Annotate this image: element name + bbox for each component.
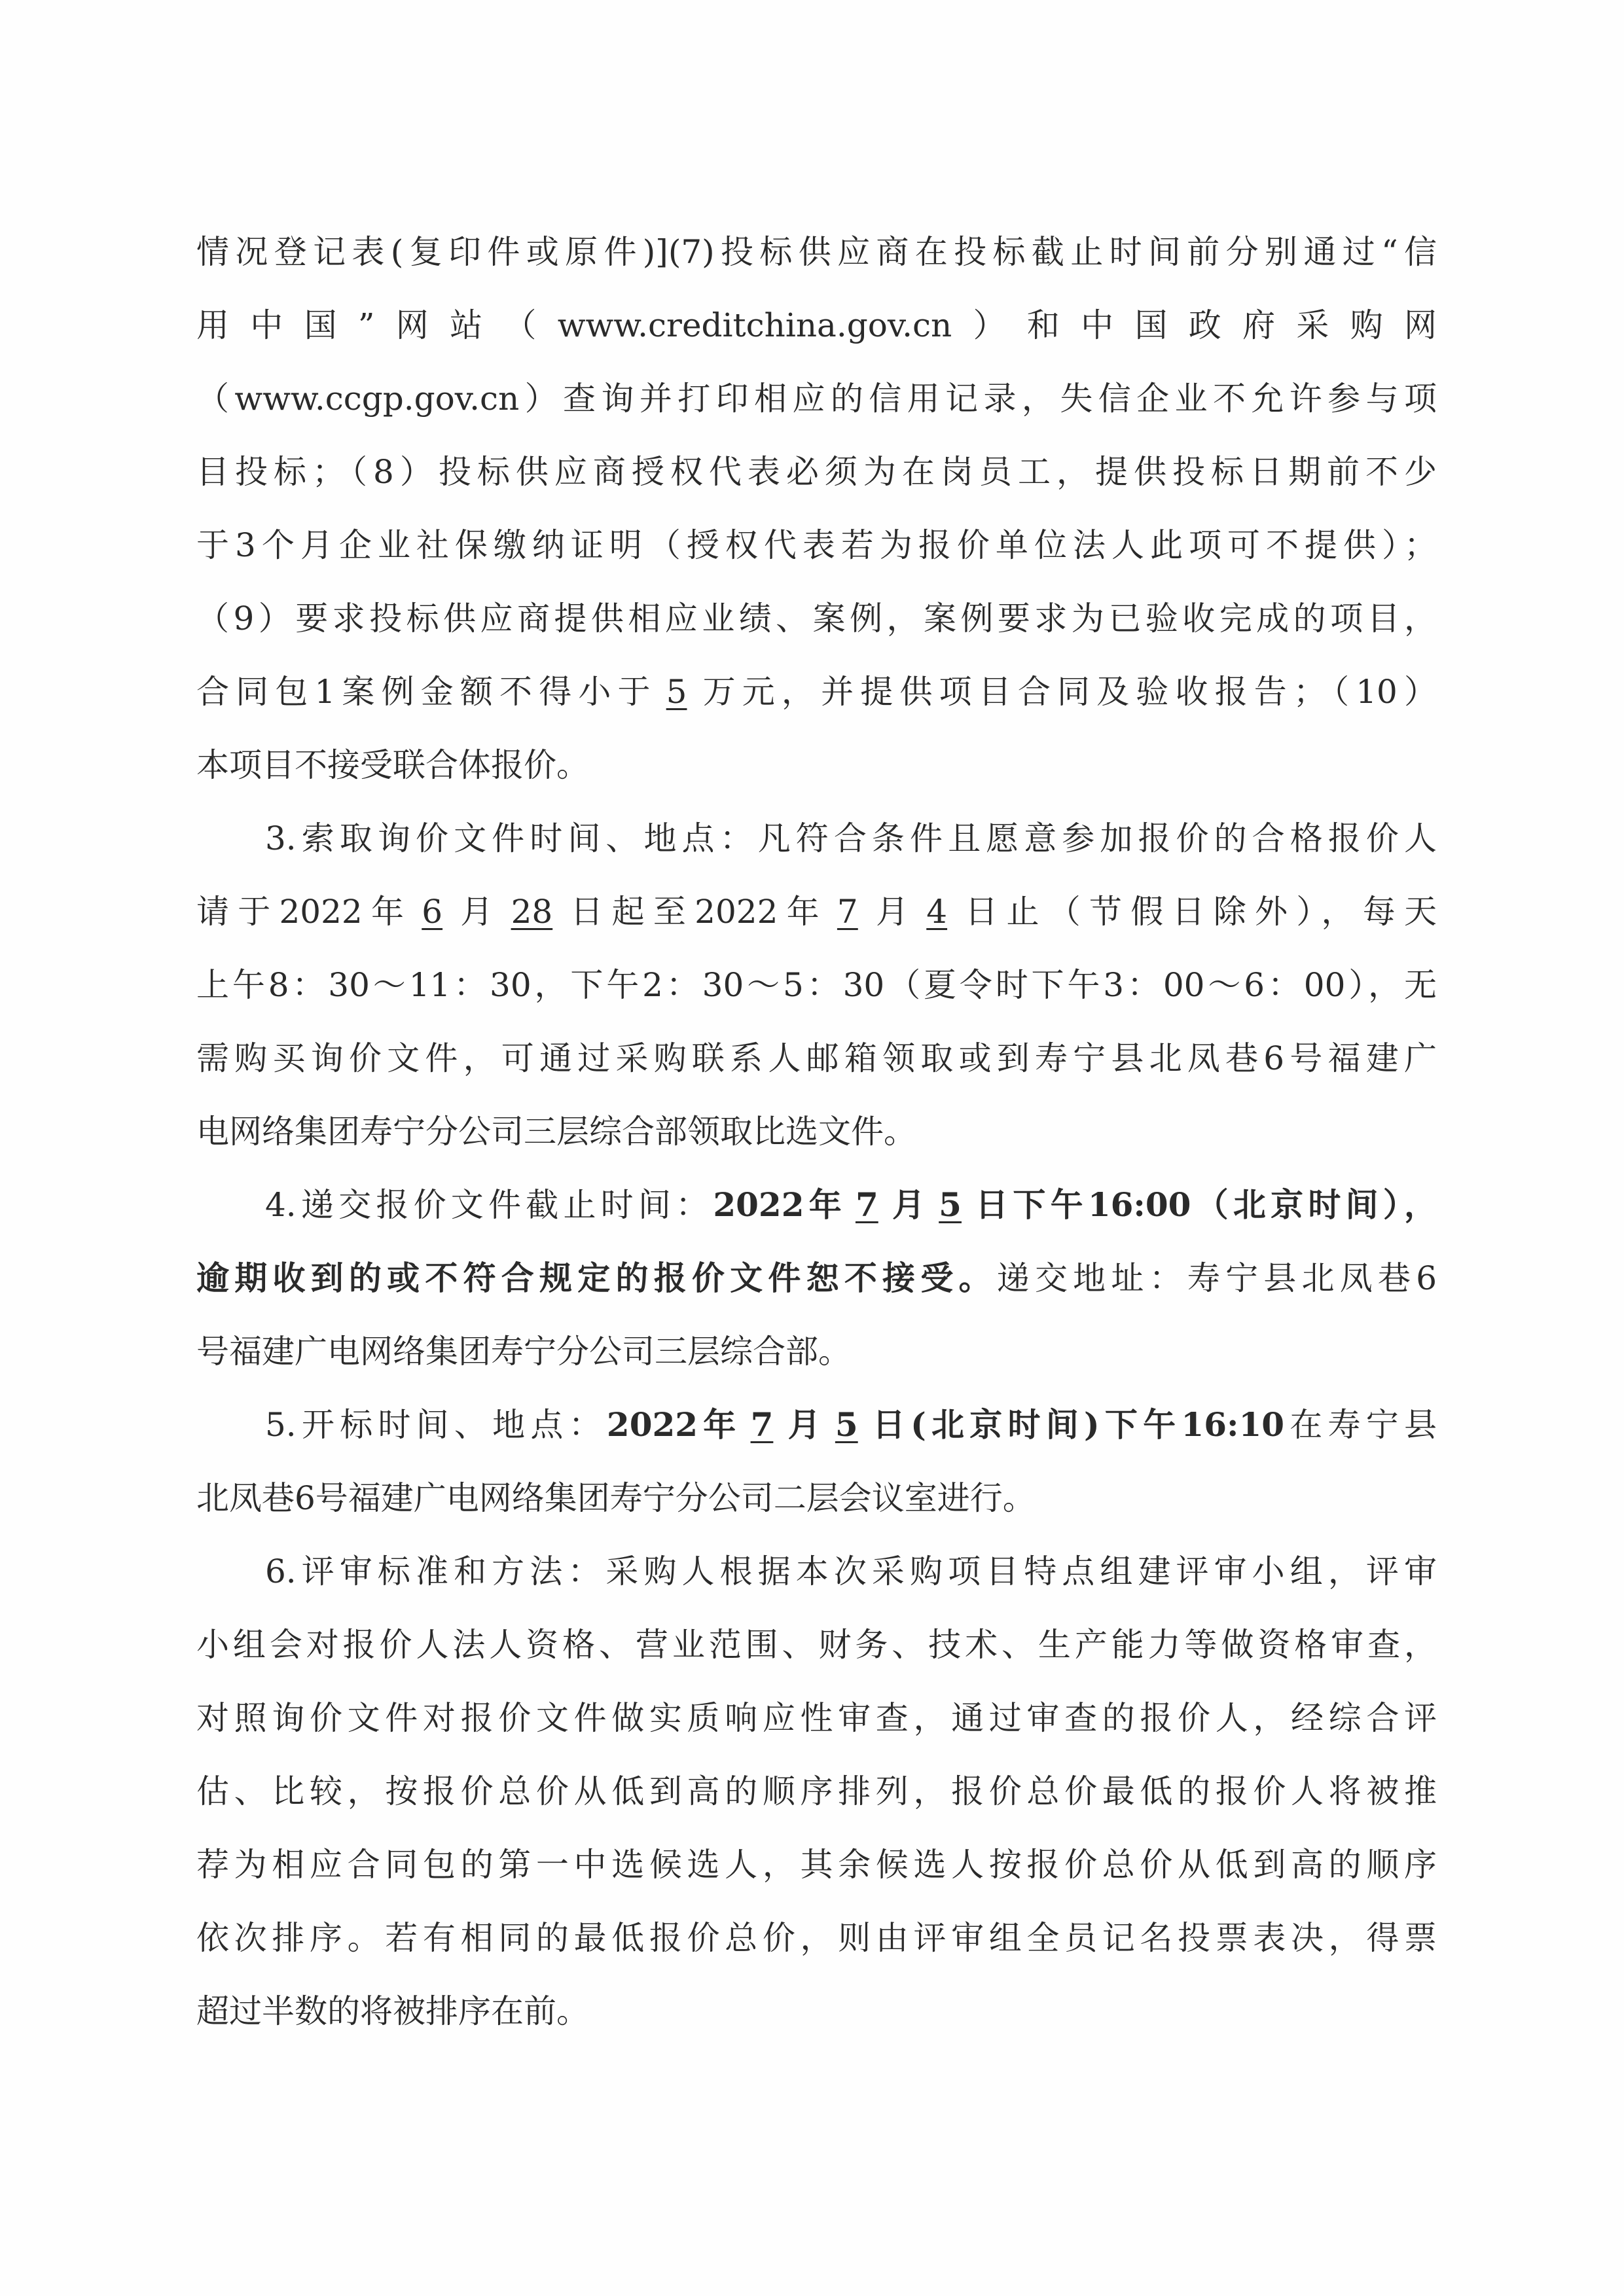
text-line: 需购买询价文件，可通过采购联系人邮箱领取或到寿宁县北凤巷6号福建广 — [196, 1032, 1437, 1085]
text-segment: 日起至2022年 — [562, 893, 828, 931]
bold-text: 月 — [888, 1185, 929, 1224]
text-segment: 上午8：30～11：30，下午2：30～5：30（夏令时下午3：00～6：00）… — [196, 966, 1437, 1004]
text-segment: 对照询价文件对报价文件做实质响应性审查，通过审查的报价人，经综合评 — [196, 1699, 1437, 1737]
text-segment: 递交地址：寿宁县北凤巷6 — [997, 1259, 1437, 1297]
bold-text: 2022年 — [607, 1405, 742, 1444]
bold-text: 2022年 — [713, 1185, 846, 1224]
text-segment: 4.递交报价文件截止时间： — [265, 1186, 713, 1224]
text-segment: 合同包1案例金额不得小于 — [196, 673, 657, 711]
text-segment: 依次排序。若有相同的最低报价总价，则由评审组全员记名投票表决，得票 — [196, 1919, 1437, 1957]
text-line: 目投标；（8）投标供应商授权代表必须为在岗员工，提供投标日期前不少 — [196, 446, 1437, 498]
filled-blank-value: 7 — [742, 1405, 783, 1444]
text-segment: 6.评审标准和方法：采购人根据本次采购项目特点组建评审小组，评审 — [265, 1552, 1437, 1590]
text-segment: （9）要求投标供应商提供相应业绩、案例，案例要求为已验收完成的项目， — [196, 600, 1437, 637]
text-line: 对照询价文件对报价文件做实质响应性审查，通过审查的报价人，经综合评 — [196, 1692, 1437, 1744]
text-line: （9）要求投标供应商提供相应业绩、案例，案例要求为已验收完成的项目， — [196, 592, 1437, 645]
text-segment: 日止（节假日除外），每天 — [956, 893, 1437, 931]
section-5-heading-line: 5.开标时间、地点：2022年7月5日(北京时间)下午16:10在寿宁县 — [265, 1399, 1437, 1451]
text-line: 于3个月企业社保缴纳证明（授权代表若为报价单位法人此项可不提供）； — [196, 519, 1437, 571]
text-line: 用中国”网站（www.creditchina.gov.cn）和中国政府采购网 — [196, 299, 1437, 351]
text-segment: 估、比较，按报价总价从低到高的顺序排列，报价总价最低的报价人将被推 — [196, 1772, 1437, 1810]
text-segment: 需购买询价文件，可通过采购联系人邮箱领取或到寿宁县北凤巷6号福建广 — [196, 1039, 1437, 1077]
text-segment: 荐为相应合同包的第一中选候选人，其余候选人按报价总价从低到高的顺序 — [196, 1846, 1437, 1884]
filled-blank-value: 5 — [657, 673, 696, 711]
filled-blank-value: 28 — [502, 893, 562, 931]
text-line: 超过半数的将被排序在前。 — [196, 1985, 1437, 2037]
text-segment: 万元，并提供项目合同及验收报告；（10） — [696, 673, 1437, 711]
filled-blank-value: 5 — [826, 1405, 867, 1444]
text-segment: 于3个月企业社保缴纳证明（授权代表若为报价单位法人此项可不提供）； — [196, 526, 1437, 564]
text-line: 北凤巷6号福建广电网络集团寿宁分公司二层会议室进行。 — [196, 1472, 1437, 1524]
section-6-heading-line: 6.评审标准和方法：采购人根据本次采购项目特点组建评审小组，评审 — [265, 1545, 1437, 1598]
text-line: 逾期收到的或不符合规定的报价文件恕不接受。递交地址：寿宁县北凤巷6 — [196, 1252, 1437, 1304]
text-segment: 月 — [452, 893, 502, 931]
text-line: （www.ccgp.gov.cn）查询并打印相应的信用记录，失信企业不允许参与项 — [196, 372, 1437, 425]
text-line: 情况登记表(复印件或原件)](7)投标供应商在投标截止时间前分别通过“信 — [196, 226, 1437, 278]
text-segment: 小组会对报价人法人资格、营业范围、财务、技术、生产能力等做资格审查， — [196, 1626, 1437, 1664]
text-line: 荐为相应合同包的第一中选候选人，其余候选人按报价总价从低到高的顺序 — [196, 1839, 1437, 1891]
section-4-heading-line: 4.递交报价文件截止时间：2022年7月5日下午16:00（北京时间）， — [265, 1179, 1437, 1231]
filled-blank-value: 4 — [917, 893, 956, 931]
text-segment: 本项目不接受联合体报价。 — [196, 746, 589, 784]
filled-blank-value: 6 — [412, 893, 452, 931]
text-line: 估、比较，按报价总价从低到高的顺序排列，报价总价最低的报价人将被推 — [196, 1765, 1437, 1818]
filled-blank-value: 5 — [929, 1185, 971, 1224]
text-line: 依次排序。若有相同的最低报价总价，则由评审组全员记名投票表决，得票 — [196, 1912, 1437, 1964]
text-segment: 情况登记表(复印件或原件)](7)投标供应商在投标截止时间前分别通过“信 — [196, 233, 1437, 271]
text-segment: 月 — [867, 893, 918, 931]
text-line: 号福建广电网络集团寿宁分公司三层综合部。 — [196, 1325, 1437, 1378]
text-segment: 目投标；（8）投标供应商授权代表必须为在岗员工，提供投标日期前不少 — [196, 453, 1437, 491]
text-segment: 北凤巷6号福建广电网络集团寿宁分公司二层会议室进行。 — [196, 1479, 1036, 1517]
bold-text: 月 — [782, 1405, 826, 1444]
text-line: 上午8：30～11：30，下午2：30～5：30（夏令时下午3：00～6：00）… — [196, 959, 1437, 1011]
bold-text: 日下午16:00（北京时间）， — [971, 1185, 1437, 1224]
text-segment: 号福建广电网络集团寿宁分公司三层综合部。 — [196, 1333, 851, 1371]
text-line: 电网络集团寿宁分公司三层综合部领取比选文件。 — [196, 1105, 1437, 1158]
text-segment: 3.索取询价文件时间、地点：凡符合条件且愿意参加报价的合格报价人 — [265, 819, 1437, 857]
text-line: 小组会对报价人法人资格、营业范围、财务、技术、生产能力等做资格审查， — [196, 1619, 1437, 1671]
text-segment: （www.ccgp.gov.cn）查询并打印相应的信用记录，失信企业不允许参与项 — [196, 380, 1437, 418]
text-segment: 5.开标时间、地点： — [265, 1406, 607, 1444]
text-segment: 在寿宁县 — [1284, 1406, 1437, 1444]
text-line: 本项目不接受联合体报价。 — [196, 739, 1437, 791]
text-segment: 电网络集团寿宁分公司三层综合部领取比选文件。 — [196, 1113, 916, 1151]
text-segment: 请于2022年 — [196, 893, 412, 931]
filled-blank-value: 7 — [828, 893, 867, 931]
section-3-heading-line: 3.索取询价文件时间、地点：凡符合条件且愿意参加报价的合格报价人 — [265, 812, 1437, 865]
bold-text: 日(北京时间)下午16:10 — [867, 1405, 1284, 1444]
bold-text: 逾期收到的或不符合规定的报价文件恕不接受。 — [196, 1259, 997, 1297]
text-segment: 超过半数的将被排序在前。 — [196, 1992, 589, 2030]
text-line: 合同包1案例金额不得小于5万元，并提供项目合同及验收报告；（10） — [196, 666, 1437, 718]
text-segment: 用中国”网站（www.creditchina.gov.cn）和中国政府采购网 — [196, 306, 1437, 344]
text-line: 请于2022年6月28日起至2022年7月4日止（节假日除外），每天 — [196, 886, 1437, 938]
filled-blank-value: 7 — [846, 1185, 888, 1224]
document-page: 情况登记表(复印件或原件)](7)投标供应商在投标截止时间前分别通过“信 用中国… — [0, 0, 1624, 2296]
